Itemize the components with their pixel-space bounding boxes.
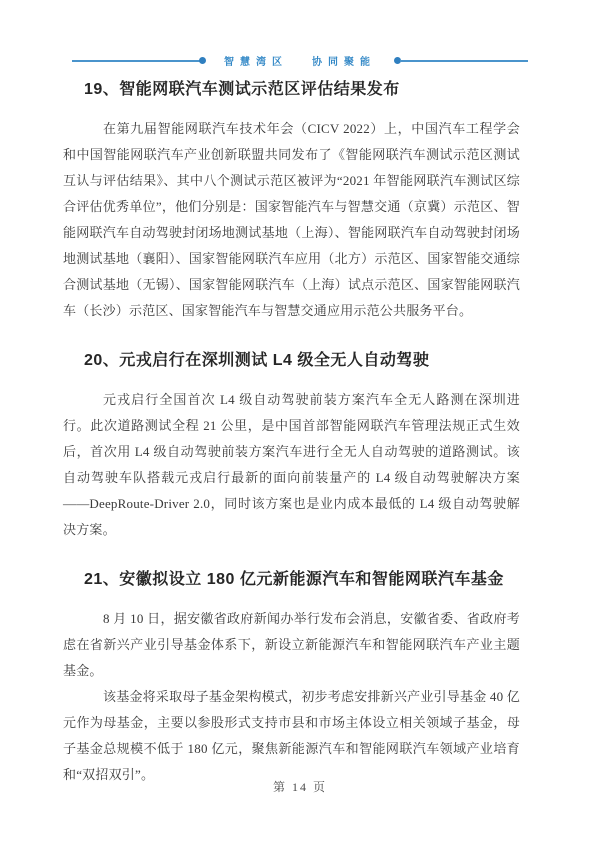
section-19-paragraph: 在第九届智能网联汽车技术年会（CICV 2022）上，中国汽车工程学会和中国智能… [63,116,520,324]
section-19: 19、智能网联汽车测试示范区评估结果发布 在第九届智能网联汽车技术年会（CICV… [63,76,520,324]
section-21-paragraph-2: 该基金将采取母子基金架构模式，初步考虑安排新兴产业引导基金 40 亿元作为母基金… [63,684,520,788]
section-21-paragraph-1: 8 月 10 日，据安徽省政府新闻办举行发布会消息，安徽省委、省政府考虑在省新兴… [63,606,520,684]
document-page: { "header": { "slogan_left": "智慧湾区", "sl… [0,0,600,849]
section-19-heading: 19、智能网联汽车测试示范区评估结果发布 [84,76,520,99]
header-rule: 智慧湾区 协同聚能 [0,53,600,68]
section-20-heading: 20、元戎启行在深圳测试 L4 级全无人自动驾驶 [84,347,520,370]
header-dot-left-icon [199,57,206,64]
header-line-left [72,60,200,62]
section-20: 20、元戎启行在深圳测试 L4 级全无人自动驾驶 元戎启行全国首次 L4 级自动… [63,347,520,543]
page-number: 第 14 页 [0,778,600,795]
header-slogan-left: 智慧湾区 [224,53,288,68]
header-slogan-right: 协同聚能 [312,53,376,68]
section-21-heading: 21、安徽拟设立 180 亿元新能源汽车和智能网联汽车基金 [84,566,520,589]
section-20-paragraph: 元戎启行全国首次 L4 级自动驾驶前装方案汽车全无人路测在深圳进行。此次道路测试… [63,387,520,543]
header-line-right [400,60,528,62]
section-21: 21、安徽拟设立 180 亿元新能源汽车和智能网联汽车基金 8 月 10 日，据… [63,566,520,788]
document-content: 19、智能网联汽车测试示范区评估结果发布 在第九届智能网联汽车技术年会（CICV… [63,76,520,788]
